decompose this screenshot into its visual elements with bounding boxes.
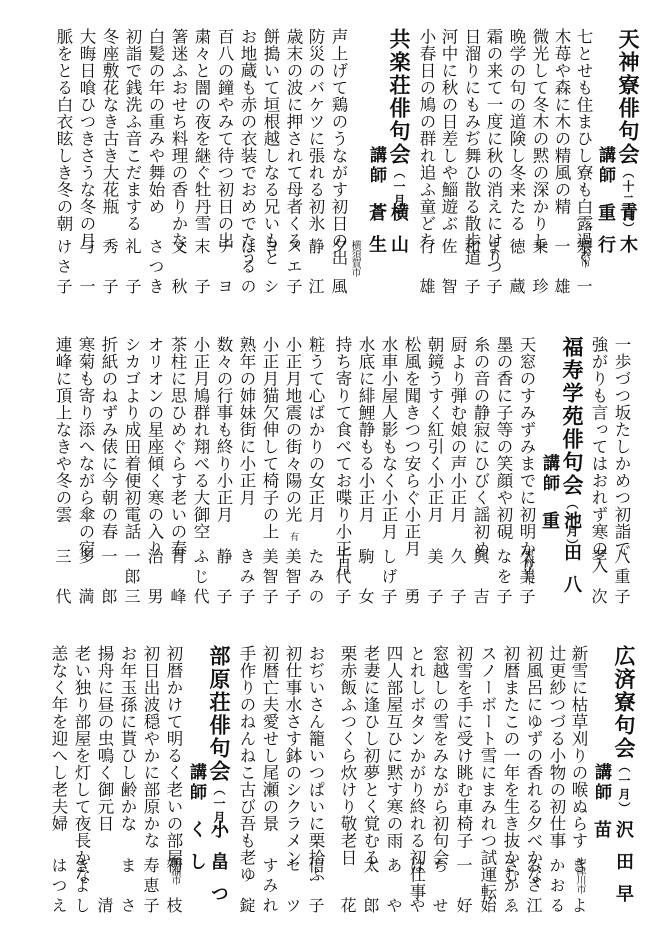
haiku-entry: 厨より弾む娘の声小正月久 子: [446, 336, 468, 608]
haiku-entry: 持ち寄りて食べてお喋り小正月千代子: [331, 336, 353, 608]
haiku-author: 佐 智: [437, 238, 459, 298]
group-title-text: 部原荘俳句会: [209, 645, 231, 783]
haiku-author: 花: [336, 897, 358, 917]
haiku-author: きよし: [70, 857, 92, 917]
haiku-entry: 防災のバケツに張れる初氷静 江: [304, 28, 326, 298]
haiku-entry: 朝鏡うすく紅引く小正月美 子: [423, 336, 445, 608]
haiku-author: セ ツ: [281, 857, 303, 917]
haiku-entry: 初詣で銭洗ふ音こだまする礼 子: [121, 28, 143, 298]
haiku-author: 青 峰: [166, 548, 188, 608]
haiku-entry: 栗赤飯ふつくら炊けり敬老日花: [336, 645, 358, 917]
haiku-author: 美智子: [281, 548, 303, 608]
group-month: （一月）: [617, 760, 631, 816]
page-band-2: 一歩づつ坂たしかめつ初詣で八重子強がりも言ってはおれず寒の入孝 次福寿学苑俳句会…: [0, 336, 651, 608]
haiku-author: さつき: [144, 238, 166, 298]
haiku-entry: スノーボート雪にまみれつ試運転始: [476, 645, 498, 917]
haiku-author: 治 男: [143, 548, 165, 608]
haiku-entry: 熟年の姉妹街に小正月きみ子: [235, 336, 257, 608]
haiku-entry: 白髪の年の重みや舞始めさつき: [144, 28, 166, 298]
haiku-entry: 河中に秋の日差しや鯔遊ぶ佐 智: [437, 28, 459, 298]
haiku-author: 静 子: [212, 548, 234, 608]
haiku-author: 与 一: [75, 238, 97, 298]
haiku-author: かおる: [545, 857, 567, 917]
haiku-entry: 新雪に枯草刈りの喉ぬらすき よ: [567, 645, 589, 917]
haiku-author: きみ子: [235, 548, 257, 608]
page-band-3: 広済寮句会（一月）中津川市講師沢田早苗新雪に枯草刈りの喉ぬらすき よ辻更紗つづる…: [0, 645, 651, 917]
haiku-entry: 晩学の句の道険し冬来たる徳 蔵: [505, 28, 527, 298]
haiku-author: 静 江: [304, 238, 326, 298]
haiku-author: ち せ: [428, 857, 450, 917]
haiku-entry: 小正月地震の街々陽の光美智子: [281, 336, 303, 608]
haiku-entry: 松風を聞きつつ安らぐ小正月勇: [400, 336, 422, 608]
group-title-text: 広済寮句会: [614, 645, 636, 760]
haiku-entry: 折紙のねずみ俵に今朝の春一 郎: [97, 336, 119, 608]
teacher-line: 講師小畠つくし: [185, 645, 207, 917]
haiku-entry: 水底に緋鯉静もる小正月駒 女: [354, 336, 376, 608]
teacher-line: 講師青木重行: [594, 28, 616, 298]
haiku-entry: 寒菊も寄り添へながら傘の宿多 満: [74, 336, 96, 608]
haiku-author: 和 子: [460, 238, 482, 298]
haiku-author: 一 雄: [550, 238, 572, 298]
haiku-entry: 茶柱に思ひめぐらす老いの春青 峰: [166, 336, 188, 608]
haiku-author: ふじ代: [189, 548, 211, 608]
teacher-name: 青木重行: [594, 203, 638, 298]
haiku-entry: 初風呂にゆずの香れる夕べかなみさ江: [522, 645, 544, 917]
haiku-author: 礼 子: [121, 238, 143, 298]
haiku-entry: 初暦亡夫愛せし尾瀬の景すみれ: [258, 645, 280, 917]
haiku-entry: 初暦かけて明るく老いの部屋初 枝: [162, 645, 184, 917]
haiku-author: 千代子: [331, 548, 353, 608]
haiku-entry: 大晦日喰ひつきさうな冬の月与 一: [75, 28, 97, 298]
haiku-entry: 声上げて鶏のうながす初日の出夕 風: [327, 28, 349, 298]
haiku-entry: 老い独り部屋を灯して夜長かなきよし: [70, 645, 92, 917]
haiku-entry: 木苺や森に木の精風の精一 雄: [550, 28, 572, 298]
teacher-line: 講師沢田早苗: [590, 645, 612, 917]
haiku-author: あ や: [382, 857, 404, 917]
haiku-author: なを子: [492, 548, 514, 608]
haiku-entry: 天窓のすみずみまでに初明かり久美子: [515, 336, 537, 608]
haiku-author: 夕 風: [327, 238, 349, 298]
haiku-entry: 初日出波穏やかに部原かな寿恵子: [139, 645, 161, 917]
haiku-author: 信 子: [304, 857, 326, 917]
teacher-name: 小畠つくし: [185, 820, 229, 917]
haiku-entry: 老妻に逢ひし初夢とく覚むる太 郎: [359, 645, 381, 917]
haiku-author: 美 子: [423, 548, 445, 608]
haiku-entry: 連峰に頂上なきや冬の雲三 代: [51, 336, 73, 608]
group-title-text: 共楽荘俳句会: [389, 28, 411, 166]
haiku-author: チ ヨ: [213, 238, 235, 298]
haiku-author: 宗 一: [572, 238, 594, 298]
haiku-author: 久 子: [446, 548, 468, 608]
haiku-entry: お地蔵も赤の衣装でおめでたうはるの: [236, 28, 258, 298]
haiku-entry: おぢいさん籠いつぱいに栗拾ふ信 子: [304, 645, 326, 917]
haiku-entry: 窓越しの雪をみながら初句会ち せ: [428, 645, 450, 917]
haiku-text: 栗赤飯ふつくら炊けり敬老日: [336, 645, 358, 917]
haiku-entry: 初仕事水さす鉢のシクラメンセ ツ: [281, 645, 303, 917]
haiku-entry: オリオンの星座傾く寒の入り治 男: [143, 336, 165, 608]
teacher-label: 講師: [185, 763, 207, 803]
haiku-entry: 歳末の波に押されて母者くるスエ子: [282, 28, 304, 298]
haiku-author: 乗 珍: [528, 238, 550, 298]
haiku-entry: 初暦またこの一年を生き抜かむさかゑ: [499, 645, 521, 917]
haiku-author: 多 満: [74, 548, 96, 608]
haiku-author: 始: [476, 897, 498, 917]
haiku-entry: とれしボタンかがり終れる初仕事は や: [405, 645, 427, 917]
haiku-entry: 粧うて心ばかりの女正月たみの: [304, 336, 326, 608]
teacher-label: 講師: [365, 146, 387, 186]
teacher-label: 講師: [538, 454, 560, 494]
haiku-entry: 強がりも言ってはおれず寒の入孝 次: [587, 336, 609, 608]
teacher-line: 講師横山蒼生: [365, 28, 387, 298]
haiku-author: 太 郎: [359, 857, 381, 917]
haiku-entry: 小春日の鳩の群れ追ふ童どち行 雄: [415, 28, 437, 298]
haiku-author: 孝 次: [587, 548, 609, 608]
haiku-entry: 箸迷ふおせち料理の香りかな文 秋: [167, 28, 189, 298]
haiku-author: たみの: [304, 548, 326, 608]
haiku-entry: 恙なく年を迎へし老夫婦はつえ: [47, 645, 69, 917]
haiku-author: けさ子: [52, 238, 74, 298]
haiku-text: スノーボート雪にまみれつ試運転: [476, 645, 498, 917]
haiku-author: 文 秋: [167, 238, 189, 298]
haiku-author: 久美子: [515, 548, 537, 608]
haiku-entry: 霜の来て一度に秋の消えにけりまつ子: [482, 28, 504, 298]
haiku-author: 一郎三: [120, 548, 142, 608]
haiku-entry: 四人部屋互ひに黙す寒の雨あ や: [382, 645, 404, 917]
haiku-author: みさ江: [522, 857, 544, 917]
haiku-author: 徳 蔵: [505, 238, 527, 298]
haiku-entry: 七とせも住まひし寮も白露過ぐ宗 一: [572, 28, 594, 298]
haiku-entry: 小正月猫欠伸して椅子の上美智子: [258, 336, 280, 608]
haiku-author: しげ子: [377, 548, 399, 608]
haiku-entry: 糸の音の静寂にひびく謡初め興 吉: [469, 336, 491, 608]
teacher-name: 池田八重: [538, 511, 582, 608]
haiku-entry: 餅搗いて垣根越しなる兄いもとヨ シ: [259, 28, 281, 298]
haiku-text: 手作りのねんねこ古び吾も老ゆ: [235, 645, 257, 917]
haiku-author: 八重子: [610, 548, 632, 608]
haiku-author: 一 好: [452, 857, 474, 917]
haiku-author: 興 吉: [469, 548, 491, 608]
haiku-author: 勇: [400, 588, 422, 608]
haiku-text: 松風を聞きつつ安らぐ小正月: [400, 336, 422, 608]
teacher-label: 講師: [594, 146, 616, 186]
haiku-author: まつ子: [482, 238, 504, 298]
haiku-author: 錠: [235, 897, 257, 917]
haiku-author: は や: [405, 857, 427, 917]
haiku-author: ま さ: [116, 857, 138, 917]
haiku-entry: 脈をとる白衣眩しき冬の朝けさ子: [52, 28, 74, 298]
haiku-author: 一 郎: [97, 548, 119, 608]
haiku-entry: 初雪を手に受け眺む車椅子一 好: [452, 645, 474, 917]
haiku-author: すみれ: [258, 857, 280, 917]
teacher-label: 講師: [590, 763, 612, 803]
haiku-author: はるの: [236, 238, 258, 298]
haiku-entry: 揚舟に昼の虫鳴く御元日清: [93, 645, 115, 917]
haiku-entry: 百八の鐘やみて待つ初日の出チ ヨ: [213, 28, 235, 298]
haiku-entry: 冬座敷花なき古き大花瓶秀 子: [98, 28, 120, 298]
haiku-author: き よ: [567, 857, 589, 917]
haiku-author: 三 代: [51, 548, 73, 608]
haiku-author: 秀 子: [98, 238, 120, 298]
group-title-text: 福寿学苑俳句会: [562, 336, 584, 497]
haiku-author: 行 雄: [415, 238, 437, 298]
haiku-entry: 微光して冬木の黙の深かりし乗 珍: [528, 28, 550, 298]
haiku-author: 末 子: [190, 238, 212, 298]
page-band-1: 天神寮俳句会（十二月）横浜市講師青木重行七とせも住まひし寮も白露過ぐ宗 一木苺や…: [0, 28, 651, 298]
haiku-author: さかゑ: [499, 857, 521, 917]
haiku-entry: 辻更紗つづる小物の初仕事かおる: [545, 645, 567, 917]
group-title-text: 天神寮俳句会: [618, 28, 640, 166]
haiku-entry: お年玉孫に貰ひし齢かなま さ: [116, 645, 138, 917]
haiku-entry: 小正月鳩群れ翔べる大御空ふじ代: [189, 336, 211, 608]
haiku-entry: シカゴより成田着便初電話一郎三: [120, 336, 142, 608]
haiku-author: 清: [93, 897, 115, 917]
haiku-entry: 水車小屋人影もなく小正月しげ子: [377, 336, 399, 608]
haiku-entry: 墨の香に子等の笑顔や初硯なを子: [492, 336, 514, 608]
haiku-author: 寿恵子: [139, 857, 161, 917]
haiku-text: 揚舟に昼の虫鳴く御元日: [93, 645, 115, 917]
haiku-author: 駒 女: [354, 548, 376, 608]
haiku-entry: 手作りのねんねこ古び吾も老ゆ錠: [235, 645, 257, 917]
haiku-author: スエ子: [282, 238, 304, 298]
haiku-author: 美智子: [258, 548, 280, 608]
haiku-author: ヨ シ: [259, 238, 281, 298]
teacher-line: 講師池田八重: [538, 336, 560, 608]
teacher-name: 横山蒼生: [365, 203, 409, 298]
city-label: 横須賀市: [349, 240, 360, 276]
haiku-entry: 数々の行事も終り小正月静 子: [212, 336, 234, 608]
haiku-author: はつえ: [47, 857, 69, 917]
haiku-entry: 粛々と闇の夜を継ぐ牡丹雪末 子: [190, 28, 212, 298]
haiku-entry: 日溜りにもみぢ舞ひ散る散歩道和 子: [460, 28, 482, 298]
teacher-name: 沢田早苗: [590, 820, 634, 917]
haiku-author: 初 枝: [162, 857, 184, 917]
haiku-entry: 一歩づつ坂たしかめつ初詣で八重子: [610, 336, 632, 608]
